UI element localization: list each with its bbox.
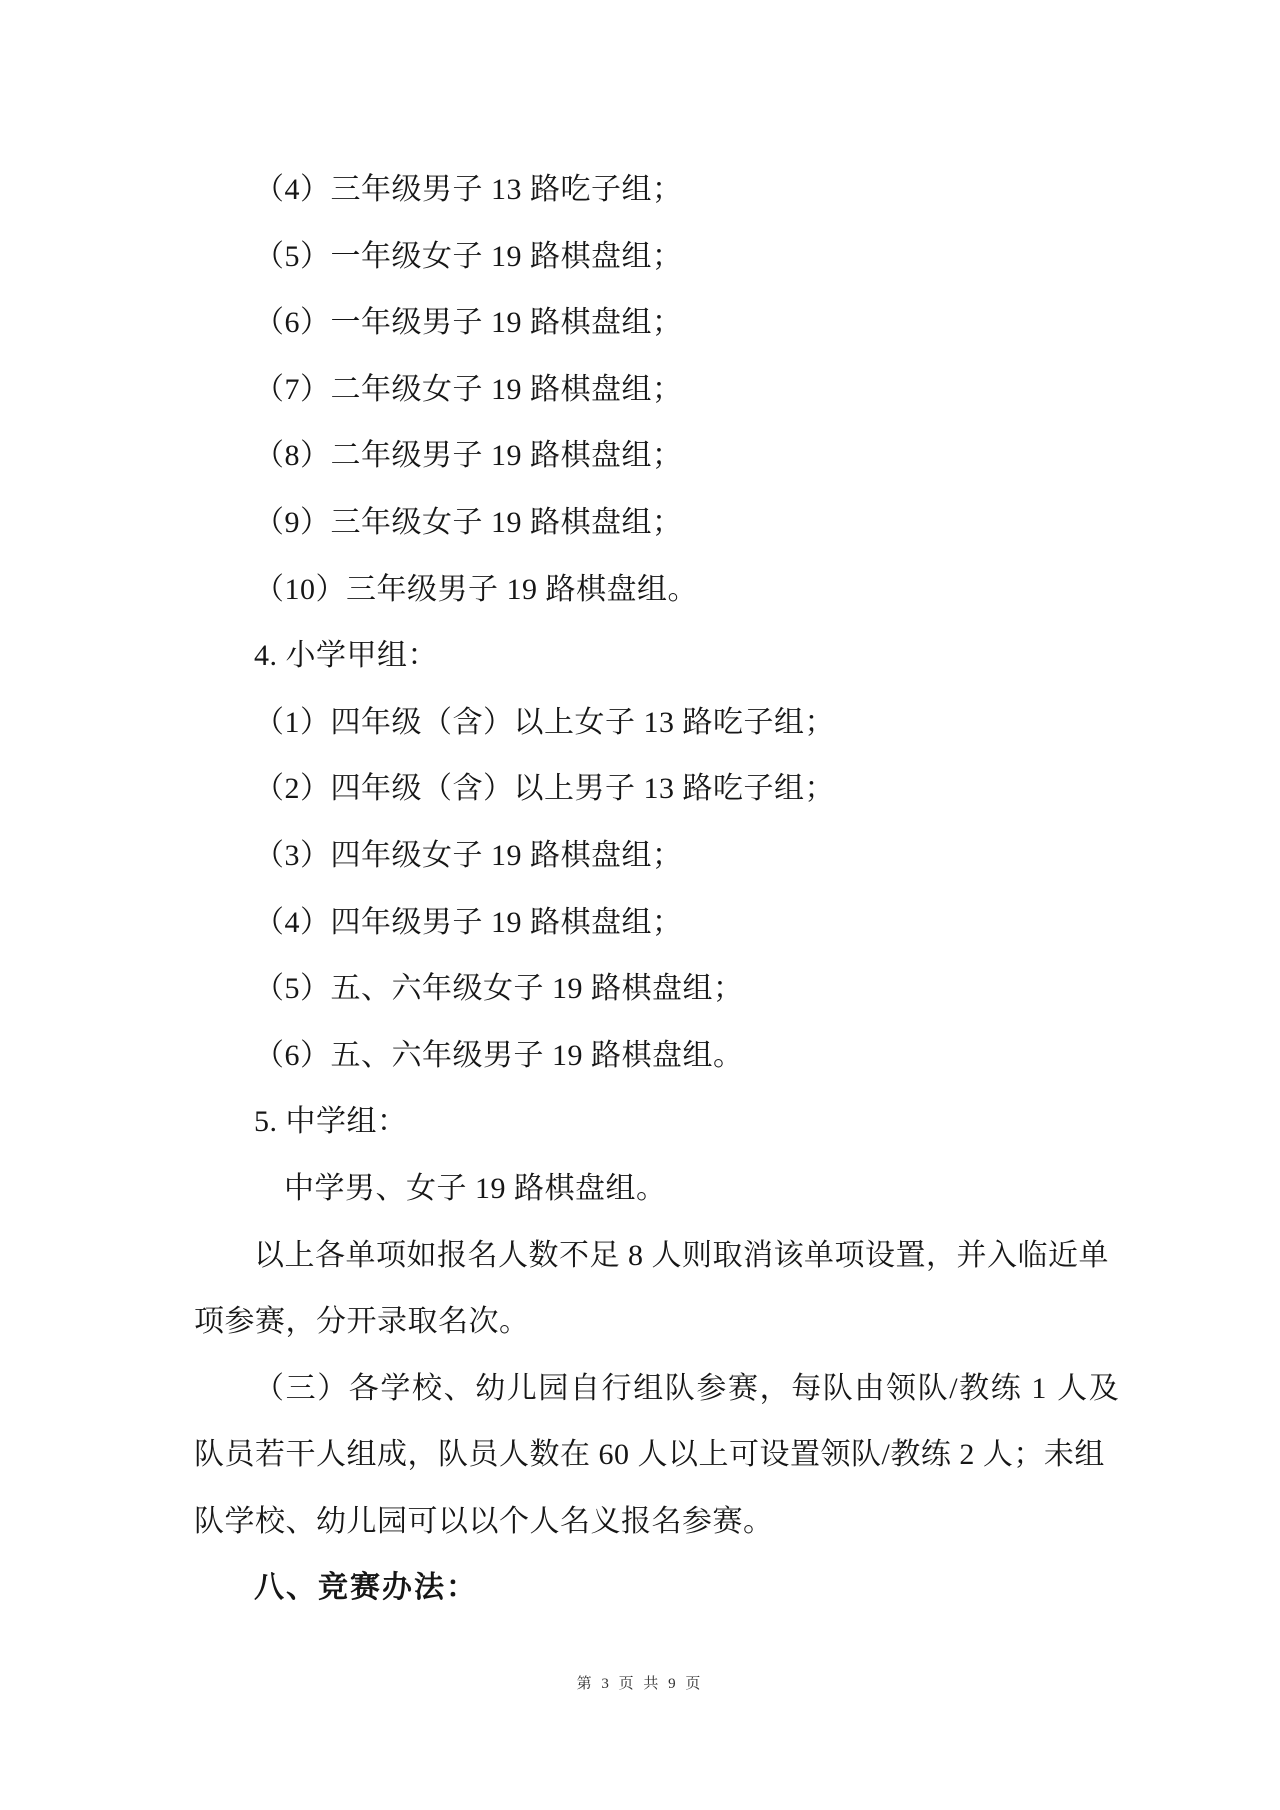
list-item-line: （6）五、六年级男子 19 路棋盘组。 bbox=[194, 1023, 1130, 1090]
list-item-line: （10）三年级男子 19 路棋盘组。 bbox=[194, 557, 1130, 624]
list-item-line: （5）五、六年级女子 19 路棋盘组； bbox=[194, 956, 1130, 1023]
sub-item-line: 中学男、女子 19 路棋盘组。 bbox=[194, 1156, 1130, 1223]
list-item-line: （7）二年级女子 19 路棋盘组； bbox=[194, 357, 1130, 424]
list-item-line: （2）四年级（含）以上男子 13 路吃子组； bbox=[194, 756, 1130, 823]
list-item-line: （5）一年级女子 19 路棋盘组； bbox=[194, 224, 1130, 291]
section-label-line: 5. 中学组： bbox=[194, 1089, 1130, 1156]
paragraph-line: 项参赛，分开录取名次。 bbox=[194, 1289, 1130, 1356]
paragraph-line: 队学校、幼儿园可以以个人名义报名参赛。 bbox=[194, 1489, 1130, 1556]
paragraph-line: （三）各学校、幼儿园自行组队参赛，每队由领队/教练 1 人及 bbox=[194, 1356, 1130, 1423]
section-label-line: 4. 小学甲组： bbox=[194, 623, 1130, 690]
list-item-line: （9）三年级女子 19 路棋盘组； bbox=[194, 490, 1130, 557]
paragraph-line: 队员若干人组成，队员人数在 60 人以上可设置领队/教练 2 人；未组 bbox=[194, 1422, 1130, 1489]
list-item-line: （4）三年级男子 13 路吃子组； bbox=[194, 157, 1130, 224]
document-page: （4）三年级男子 13 路吃子组； （5）一年级女子 19 路棋盘组； （6）一… bbox=[194, 157, 1130, 1622]
list-item-line: （1）四年级（含）以上女子 13 路吃子组； bbox=[194, 690, 1130, 757]
list-item-line: （4）四年级男子 19 路棋盘组； bbox=[194, 890, 1130, 957]
page-number-footer: 第 3 页 共 9 页 bbox=[0, 1672, 1280, 1693]
section-heading-line: 八、竞赛办法： bbox=[194, 1555, 1130, 1622]
paragraph-line: 以上各单项如报名人数不足 8 人则取消该单项设置，并入临近单 bbox=[194, 1223, 1130, 1290]
list-item-line: （8）二年级男子 19 路棋盘组； bbox=[194, 423, 1130, 490]
list-item-line: （3）四年级女子 19 路棋盘组； bbox=[194, 823, 1130, 890]
list-item-line: （6）一年级男子 19 路棋盘组； bbox=[194, 290, 1130, 357]
